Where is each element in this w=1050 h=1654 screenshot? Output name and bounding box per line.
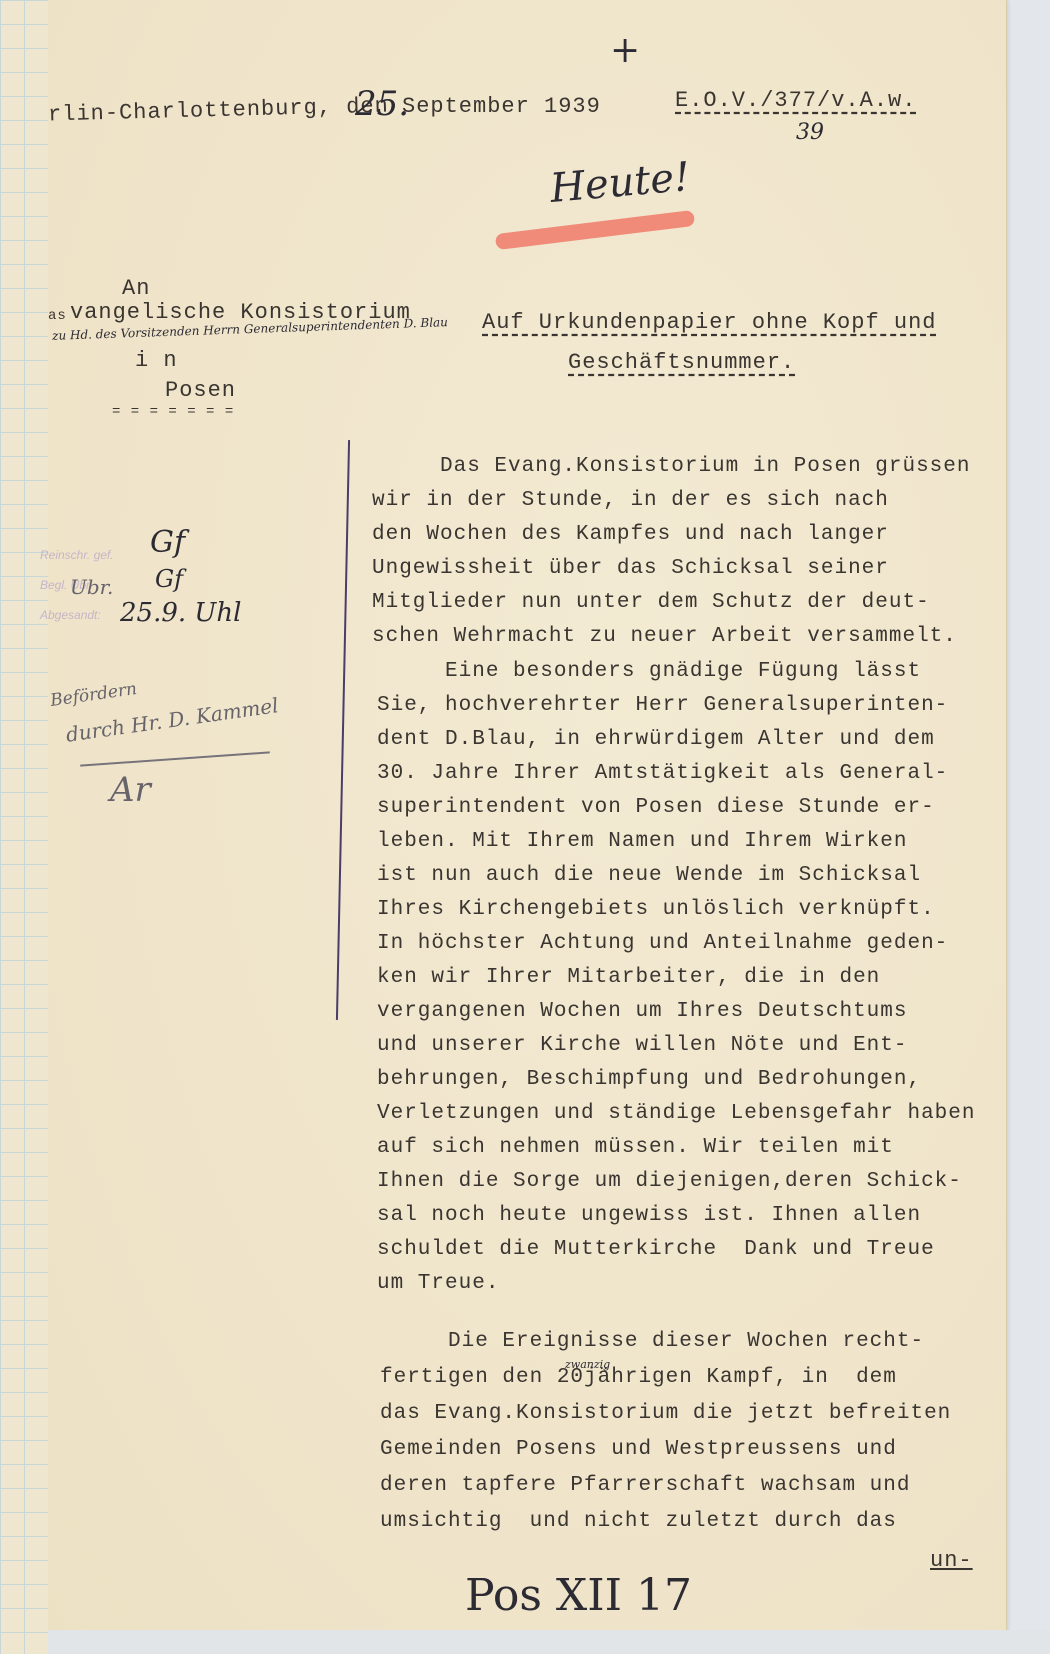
body-line: schen Wehrmacht zu neuer Arbeit versamme…	[372, 625, 957, 648]
background-right	[1006, 0, 1050, 1654]
body-line: wir in der Stunde, in der es sich nach	[372, 489, 889, 512]
body-line: umsichtig und nicht zuletzt durch das	[380, 1510, 897, 1533]
body-line: sal noch heute ungewiss ist. Ihnen allen	[377, 1204, 921, 1227]
initials-2: Gf	[155, 565, 183, 593]
reference-number: E.O.V./377/v.A.w.	[675, 88, 916, 113]
initials-1: Gf	[150, 525, 185, 560]
body-line: Gemeinden Posens und Westpreussens und	[380, 1438, 897, 1461]
body-line: Die Ereignisse dieser Wochen recht-	[380, 1330, 924, 1353]
stamp-line-1: Reinschr. gef.	[40, 548, 114, 562]
archive-note: Pos XII 17	[465, 1570, 692, 1621]
date-note: 25.9. Uhl	[120, 598, 241, 628]
body-line: Das Evang.Konsistorium in Posen grüssen	[372, 455, 971, 478]
day-handwritten: 25.	[355, 84, 409, 124]
body-line: leben. Mit Ihrem Namen und Ihrem Wirken	[377, 830, 907, 853]
body-line: behrungen, Beschimpfung und Bedrohungen,	[377, 1068, 921, 1091]
continuation-marker: un-	[930, 1548, 973, 1573]
plus-mark: +	[610, 30, 640, 71]
month-year: September 1939	[402, 94, 601, 119]
reference-sub: 39	[796, 120, 824, 145]
body-line: In höchster Achtung und Anteilnahme gede…	[377, 932, 948, 955]
instruction-line1: Auf Urkundenpapier ohne Kopf und	[482, 310, 936, 335]
body-line: deren tapfere Pfarrerschaft wachsam und	[380, 1474, 910, 1497]
body-line: Mitglieder nun unter dem Schutz der deut…	[372, 591, 930, 614]
body-line: ken wir Ihrer Mitarbeiter, die in den	[377, 966, 880, 989]
instruction-line2: Geschäftsnummer.	[568, 350, 795, 375]
body-line: schuldet die Mutterkirche Dank und Treue	[377, 1238, 935, 1261]
ubr-note: Ubr.	[70, 575, 113, 599]
body-line: Verletzungen und ständige Lebensgefahr h…	[377, 1102, 976, 1125]
underlying-grid-page	[0, 0, 50, 1654]
body-line: fertigen den 20jährigen Kampf, in dem	[380, 1366, 897, 1389]
addressee-in: i n	[135, 348, 178, 373]
signature: Ar	[110, 770, 151, 810]
body-line: 30. Jahre Ihrer Amtstätigkeit als Genera…	[377, 762, 948, 785]
body-line: den Wochen des Kampfes und nach langer	[372, 523, 889, 546]
body-line: superintendent von Posen diese Stunde er…	[377, 796, 935, 819]
body-line: Eine besonders gnädige Fügung lässt	[377, 660, 921, 683]
body-line: dent D.Blau, in ehrwürdigem Alter und de…	[377, 728, 935, 751]
body-line: Ihnen die Sorge um diejenigen,deren Schi…	[377, 1170, 962, 1193]
addressee-prefix: as	[48, 308, 67, 324]
body-line: um Treue.	[377, 1272, 499, 1295]
body-line: Sie, hochverehrter Herr Generalsuperinte…	[377, 694, 948, 717]
body-line: vergangenen Wochen um Ihres Deutschtums	[377, 1000, 907, 1023]
correction-above-20: zwanzig	[565, 1358, 610, 1371]
body-line: das Evang.Konsistorium die jetzt befreit…	[380, 1402, 951, 1425]
body-line: ist nun auch die neue Wende im Schicksal	[377, 864, 921, 887]
body-line: und unserer Kirche willen Nöte und Ent-	[377, 1034, 907, 1057]
addressee-rule: = = = = = = =	[112, 404, 234, 420]
stamp-line-3: Abgesandt:	[40, 608, 101, 622]
addressee-an: An	[122, 276, 150, 301]
body-line: auf sich nehmen müssen. Wir teilen mit	[377, 1136, 894, 1159]
addressee-city: Posen	[165, 378, 236, 403]
body-line: Ihres Kirchengebiets unlöslich verknüpft…	[377, 898, 935, 921]
background-bottom	[48, 1630, 1050, 1654]
body-line: Ungewissheit über das Schicksal seiner	[372, 557, 889, 580]
